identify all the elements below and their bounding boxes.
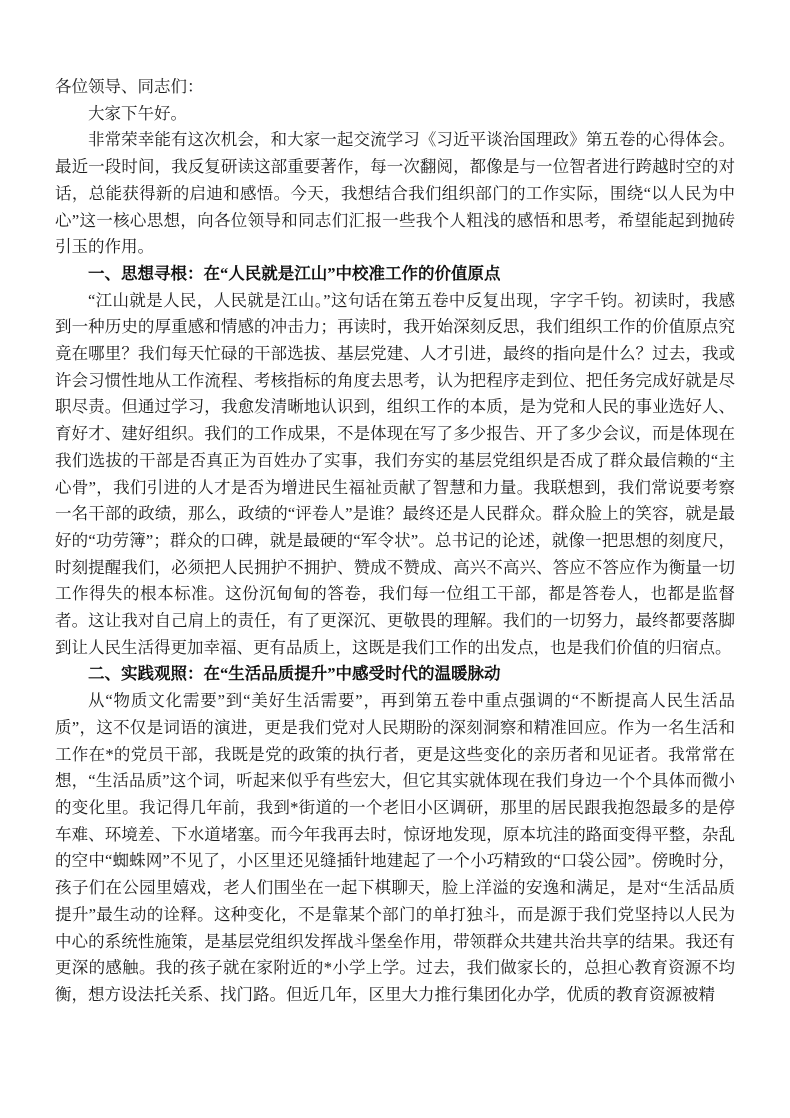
opening-paragraph: 非常荣幸能有这次机会，和大家一起交流学习《习近平谈治国理政》第五卷的心得体会。最…	[55, 127, 735, 261]
document-page: 各位领导、同志们： 大家下午好。 非常荣幸能有这次机会，和大家一起交流学习《习近…	[0, 0, 790, 1118]
section-2-heading: 二、实践观照：在“生活品质提升”中感受时代的温暖脉动	[55, 661, 735, 688]
section-2-paragraph: 从“物质文化需要”到“美好生活需要”，再到第五卷中重点强调的“不断提高人民生活品…	[55, 688, 735, 1008]
greeting-line: 大家下午好。	[55, 101, 735, 128]
salutation-line: 各位领导、同志们：	[55, 74, 735, 101]
section-1-heading: 一、思想寻根：在“人民就是江山”中校准工作的价值原点	[55, 261, 735, 288]
section-1-paragraph: “江山就是人民，人民就是江山。”这句话在第五卷中反复出现，字字千钧。初读时，我感…	[55, 288, 735, 662]
document-body: 各位领导、同志们： 大家下午好。 非常荣幸能有这次机会，和大家一起交流学习《习近…	[55, 74, 735, 1009]
